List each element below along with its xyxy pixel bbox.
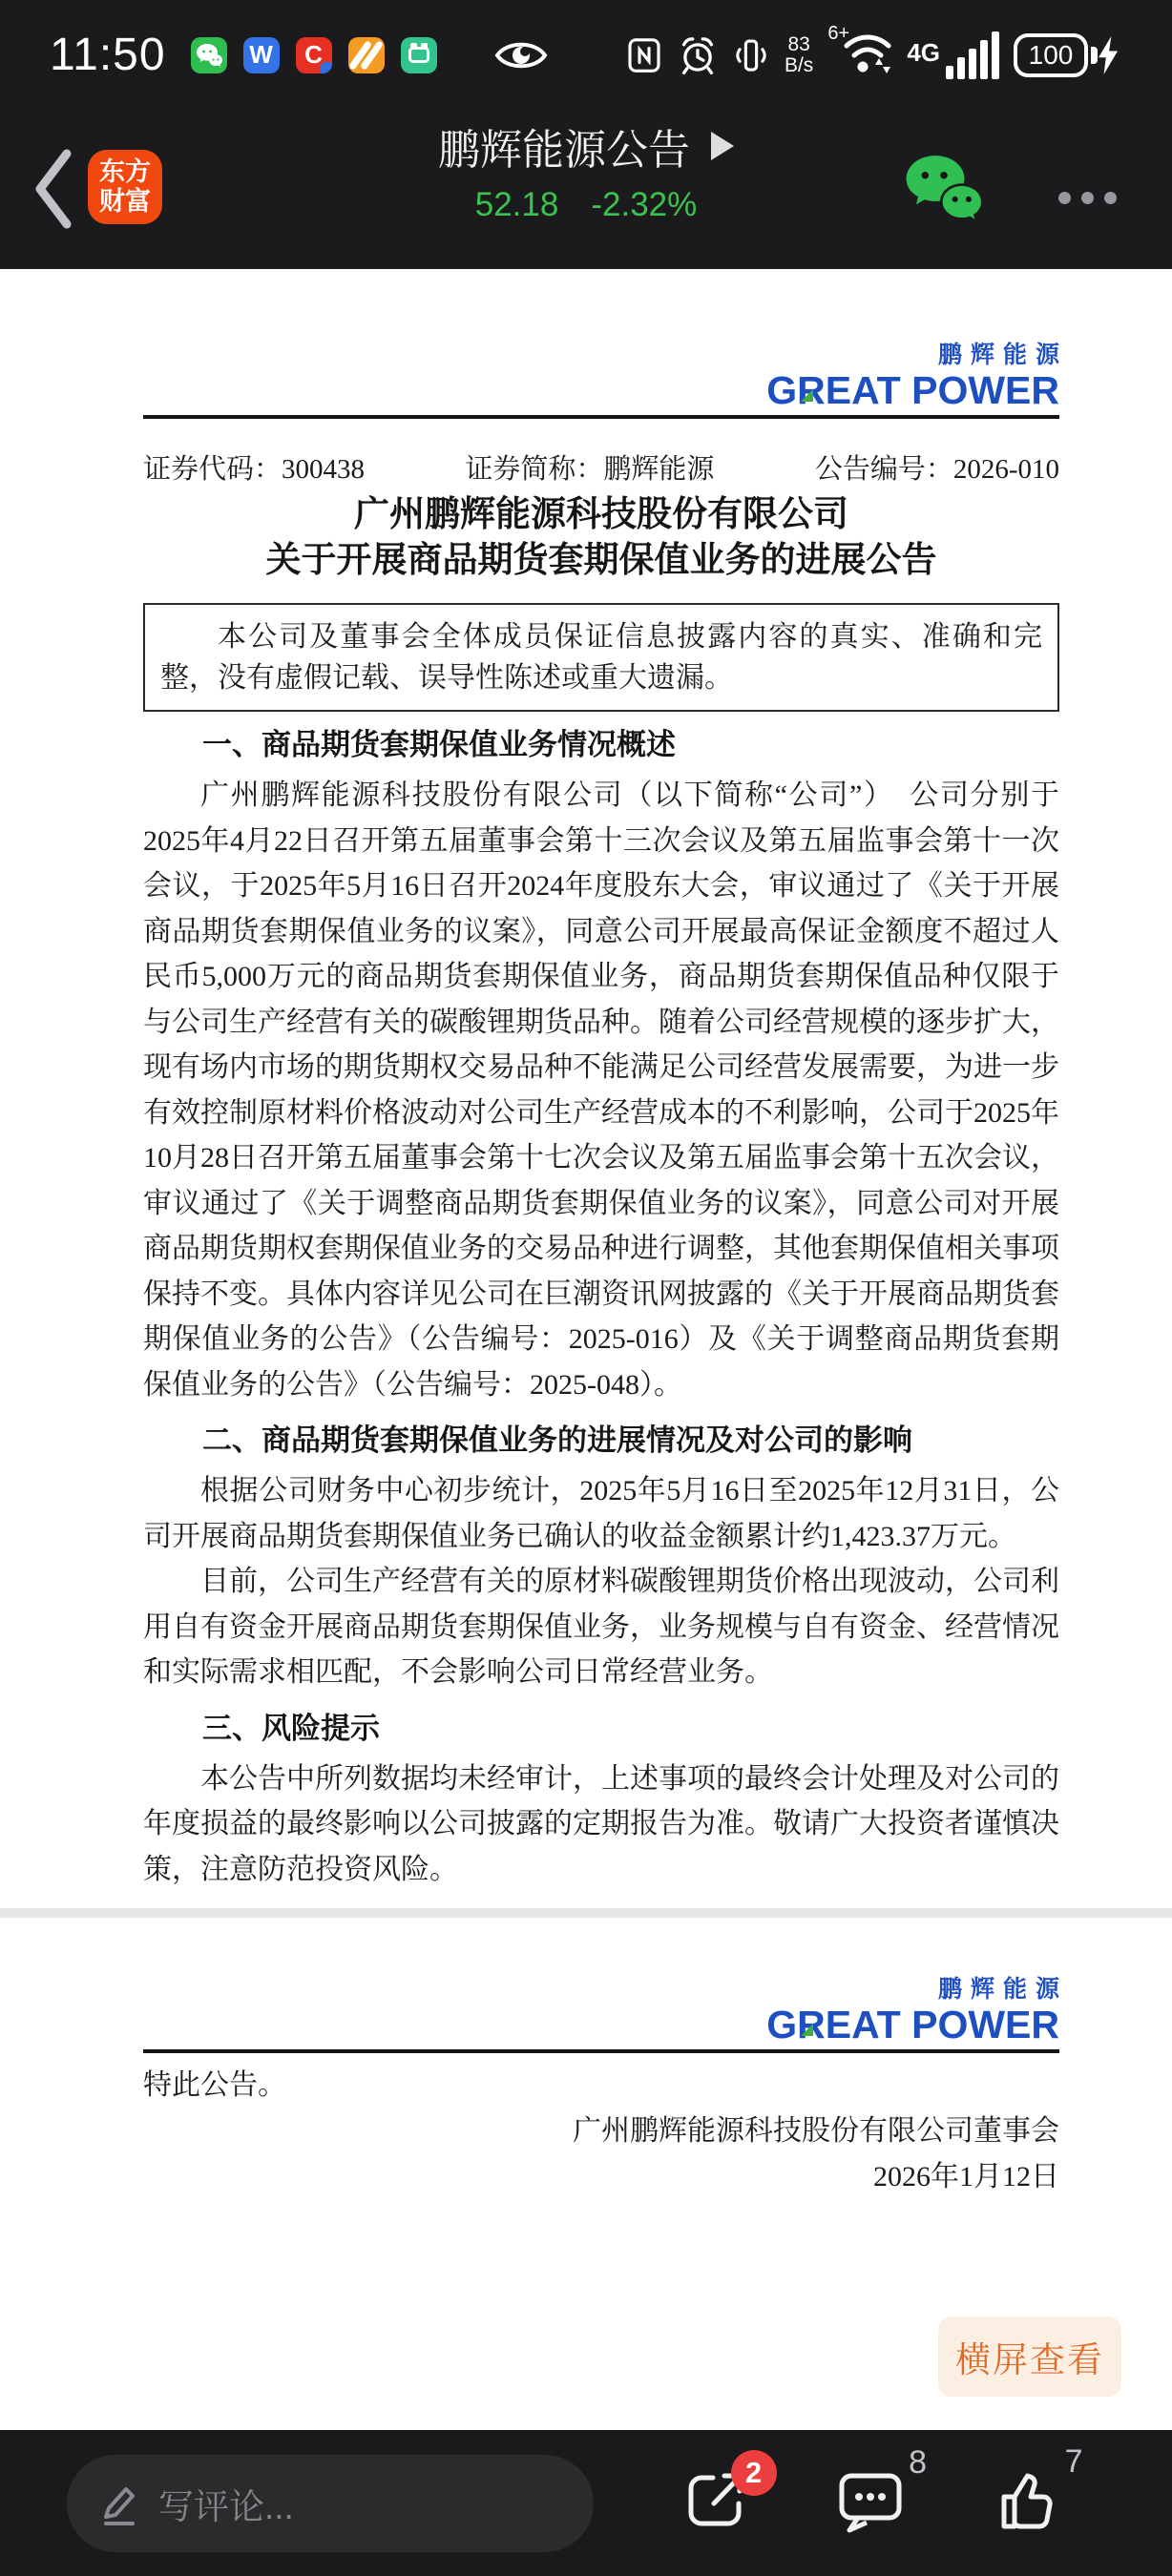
section-1-heading: 一、商品期货套期保值业务情况概述 [143, 729, 1059, 761]
announcement-number: 公告编号：2026-010 [815, 447, 1059, 487]
disclaimer-box: 本公司及董事会全体成员保证信息披露内容的真实、准确和完整，没有虚假记载、误导性陈… [143, 603, 1059, 712]
section-3-paragraph: 本公告中所列数据均未经审计，上述事项的最终会计处理及对公司的年度损益的最终影响以… [143, 1756, 1059, 1893]
status-bar: 11:50 W C 83 B/s 6+ 4G [0, 0, 1172, 110]
stripes-app-icon [348, 37, 385, 73]
pencil-icon [99, 2480, 139, 2527]
action-buttons: 2 8 7 [594, 2465, 1147, 2541]
closing-statement: 特此公告。 [143, 2063, 1059, 2109]
security-code: 证券代码：300438 [143, 447, 365, 487]
share-button[interactable]: 2 [680, 2465, 750, 2541]
wifi-icon: 6+ [827, 31, 892, 79]
nfc-icon [625, 36, 663, 74]
notification-icons: W C [191, 37, 437, 73]
vibrate-icon [732, 35, 770, 75]
thumbs-up-icon [992, 2466, 1062, 2535]
stock-price: 52.18 [475, 186, 559, 224]
clock: 11:50 [50, 29, 166, 81]
announcement-title-line1: 广州鹏辉能源科技股份有限公司 [143, 491, 1059, 537]
great-power-logo: 鹏辉能源 GREAT POWER [143, 336, 1059, 410]
c-app-icon: C [296, 37, 332, 73]
section-1-paragraph: 广州鹏辉能源科技股份有限公司（以下简称“公司”） 公司分别于2025年4月22日… [143, 773, 1059, 1407]
section-2-paragraph-2: 目前，公司生产经营有关的原材料碳酸锂期货价格出现波动，公司利用自有资金开展商品期… [143, 1559, 1059, 1695]
alarm-icon [678, 35, 718, 75]
play-next-icon[interactable] [711, 132, 734, 160]
signature-date: 2026年1月12日 [143, 2154, 1059, 2200]
mi-home-app-icon [401, 37, 437, 73]
battery-level: 100 [1014, 33, 1088, 77]
header-rule [143, 415, 1059, 419]
system-status-icons: 83 B/s 6+ 4G 100 [625, 31, 1119, 79]
network-speed-value: 83 [785, 34, 813, 55]
announcement-title-line2: 关于开展商品期货套期保值业务的进展公告 [143, 537, 1059, 583]
charging-icon [1098, 36, 1119, 74]
app-header: 东方 财富 鹏辉能源公告 52.18 -2.32% [0, 110, 1172, 269]
security-info-row: 证券代码：300438 证券简称：鹏辉能源 公告编号：2026-010 [143, 447, 1059, 487]
header-center: 鹏辉能源公告 52.18 -2.32% [0, 115, 1172, 224]
landscape-view-button[interactable]: 横屏查看 [938, 2316, 1121, 2397]
word-app-icon: W [243, 37, 280, 73]
great-power-logo-en: GREAT POWER [143, 370, 1059, 410]
stock-change: -2.32% [591, 186, 697, 224]
security-name: 证券简称：鹏辉能源 [465, 447, 714, 487]
comment-bubble-icon [835, 2467, 906, 2534]
network-speed: 83 B/s [785, 34, 813, 76]
eye-protection-icon [494, 37, 548, 73]
comments-button[interactable]: 8 [835, 2467, 906, 2539]
document-page-1: 鹏辉能源 GREAT POWER 证券代码：300438 证券简称：鹏辉能源 公… [0, 269, 1172, 1908]
announcement-title: 广州鹏辉能源科技股份有限公司 关于开展商品期货套期保值业务的进展公告 [143, 491, 1059, 583]
like-button[interactable]: 7 [992, 2466, 1062, 2540]
comment-input[interactable]: 写评论... [67, 2455, 594, 2552]
great-power-logo-cn: 鹏辉能源 [143, 336, 1068, 370]
wechat-notification-icon [191, 37, 227, 73]
great-power-logo-page2: 鹏辉能源 GREAT POWER [143, 1970, 1059, 2045]
wechat-share-icon[interactable] [903, 152, 985, 233]
disclaimer-text: 本公司及董事会全体成员保证信息披露内容的真实、准确和完整，没有虚假记载、误导性陈… [160, 616, 1042, 698]
app-screen: 11:50 W C 83 B/s 6+ 4G [0, 0, 1172, 2576]
bottom-action-bar: 写评论... 2 8 7 [0, 2430, 1172, 2576]
battery-icon: 100 [1014, 33, 1119, 77]
announcement-document[interactable]: 鹏辉能源 GREAT POWER 证券代码：300438 证券简称：鹏辉能源 公… [0, 269, 1172, 2430]
section-2-paragraph-1: 根据公司财务中心初步统计，2025年5月16日至2025年12月31日，公司开展… [143, 1468, 1059, 1559]
wifi6-badge: 6+ [827, 23, 849, 45]
share-badge: 2 [731, 2450, 777, 2496]
page-separator [0, 1908, 1172, 1918]
signature-line: 广州鹏辉能源科技股份有限公司董事会 [143, 2109, 1059, 2154]
section-3-heading: 三、风险提示 [143, 1713, 1059, 1745]
comment-count: 8 [909, 2444, 927, 2482]
network-type: 4G [907, 38, 940, 68]
header-rule [143, 2049, 1059, 2053]
like-count: 7 [1065, 2443, 1083, 2481]
comment-placeholder: 写评论... [158, 2478, 294, 2529]
network-speed-unit: B/s [785, 55, 813, 76]
stock-quote[interactable]: 52.18 -2.32% [475, 186, 698, 224]
more-menu-icon[interactable] [1058, 192, 1117, 204]
section-2-heading: 二、商品期货套期保值业务的进展情况及对公司的影响 [143, 1424, 1059, 1457]
page-title: 鹏辉能源公告 [438, 115, 690, 177]
cellular-signal-icon: 4G [907, 31, 999, 79]
